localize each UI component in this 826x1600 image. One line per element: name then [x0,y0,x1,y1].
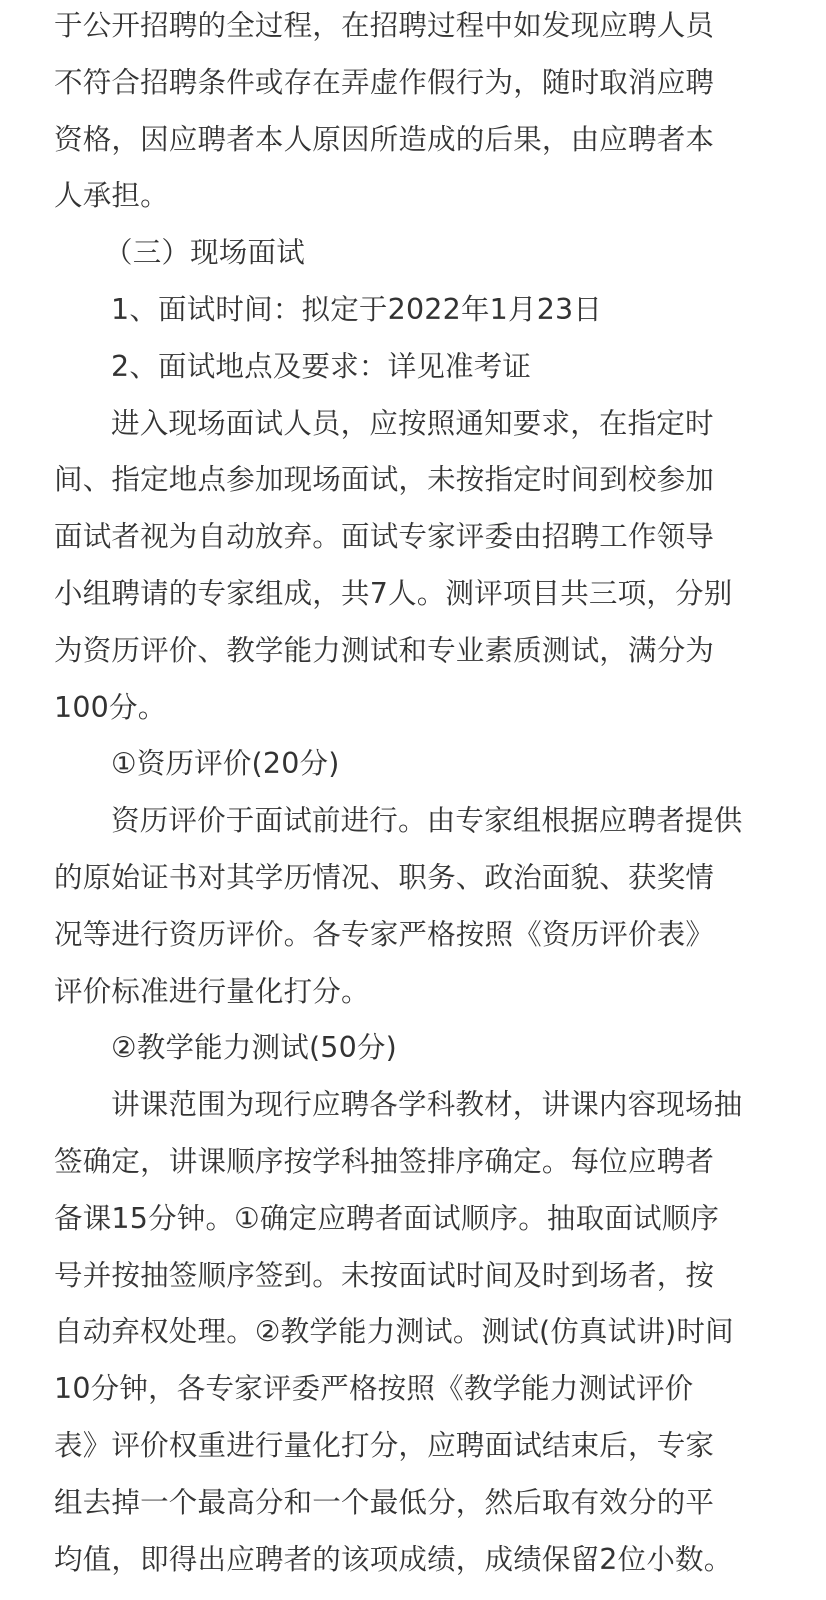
document-body: 于公开招聘的全过程，在招聘过程中如发现应聘人员 不符合招聘条件或存在弄虚作假行为… [54,0,774,1588]
section-heading-interview: （三）现场面试 [54,225,774,282]
text-line: 评价标准进行量化打分。 [54,964,774,1021]
paragraph-cancellation: 于公开招聘的全过程，在招聘过程中如发现应聘人员 不符合招聘条件或存在弄虚作假行为… [54,0,774,225]
text-line: 资格，因应聘者本人原因所造成的后果，由应聘者本 [54,112,774,169]
text-line: 自动弃权处理。②教学能力测试。测试(仿真试讲)时间 [54,1304,774,1361]
text-line: 号并按抽签顺序签到。未按面试时间及时到场者，按 [54,1248,774,1305]
text-line: 100分。 [54,680,774,737]
text-line: 均值，即得出应聘者的该项成绩，成绩保留2位小数。 [54,1532,774,1589]
text-line: 为资历评价、教学能力测试和专业素质测试，满分为 [54,623,774,680]
subheading-teaching-ability: ②教学能力测试(50分) [54,1020,774,1077]
paragraph-teaching-ability: 讲课范围为现行应聘各学科教材，讲课内容现场抽 签确定，讲课顺序按学科抽签排序确定… [54,1077,774,1588]
text-line: 10分钟，各专家评委严格按照《教学能力测试评价 [54,1361,774,1418]
text-line: 备课15分钟。①确定应聘者面试顺序。抽取面试顺序 [54,1191,774,1248]
text-line: 面试者视为自动放弃。面试专家评委由招聘工作领导 [54,509,774,566]
subheading-qualification: ①资历评价(20分) [54,736,774,793]
text-line: 表》评价权重进行量化打分，应聘面试结束后，专家 [54,1418,774,1475]
interview-place-item: 2、面试地点及要求：详见准考证 [54,339,774,396]
text-line: 不符合招聘条件或存在弄虚作假行为，随时取消应聘 [54,55,774,112]
text-line: 组去掉一个最高分和一个最低分，然后取有效分的平 [54,1475,774,1532]
text-line: 进入现场面试人员，应按照通知要求，在指定时 [54,396,774,453]
text-line: 的原始证书对其学历情况、职务、政治面貌、获奖情 [54,850,774,907]
text-line: 讲课范围为现行应聘各学科教材，讲课内容现场抽 [54,1077,774,1134]
interview-time-item: 1、面试时间：拟定于2022年1月23日 [54,282,774,339]
text-line: 签确定，讲课顺序按学科抽签排序确定。每位应聘者 [54,1134,774,1191]
text-line: 于公开招聘的全过程，在招聘过程中如发现应聘人员 [54,0,774,55]
text-line: 人承担。 [54,168,774,225]
text-line: 间、指定地点参加现场面试，未按指定时间到校参加 [54,452,774,509]
text-line: 资历评价于面试前进行。由专家组根据应聘者提供 [54,793,774,850]
paragraph-qualification: 资历评价于面试前进行。由专家组根据应聘者提供 的原始证书对其学历情况、职务、政治… [54,793,774,1020]
text-line: 小组聘请的专家组成，共7人。测评项目共三项，分别 [54,566,774,623]
paragraph-interview-rules: 进入现场面试人员，应按照通知要求，在指定时 间、指定地点参加现场面试，未按指定时… [54,396,774,737]
text-line: 况等进行资历评价。各专家严格按照《资历评价表》 [54,907,774,964]
